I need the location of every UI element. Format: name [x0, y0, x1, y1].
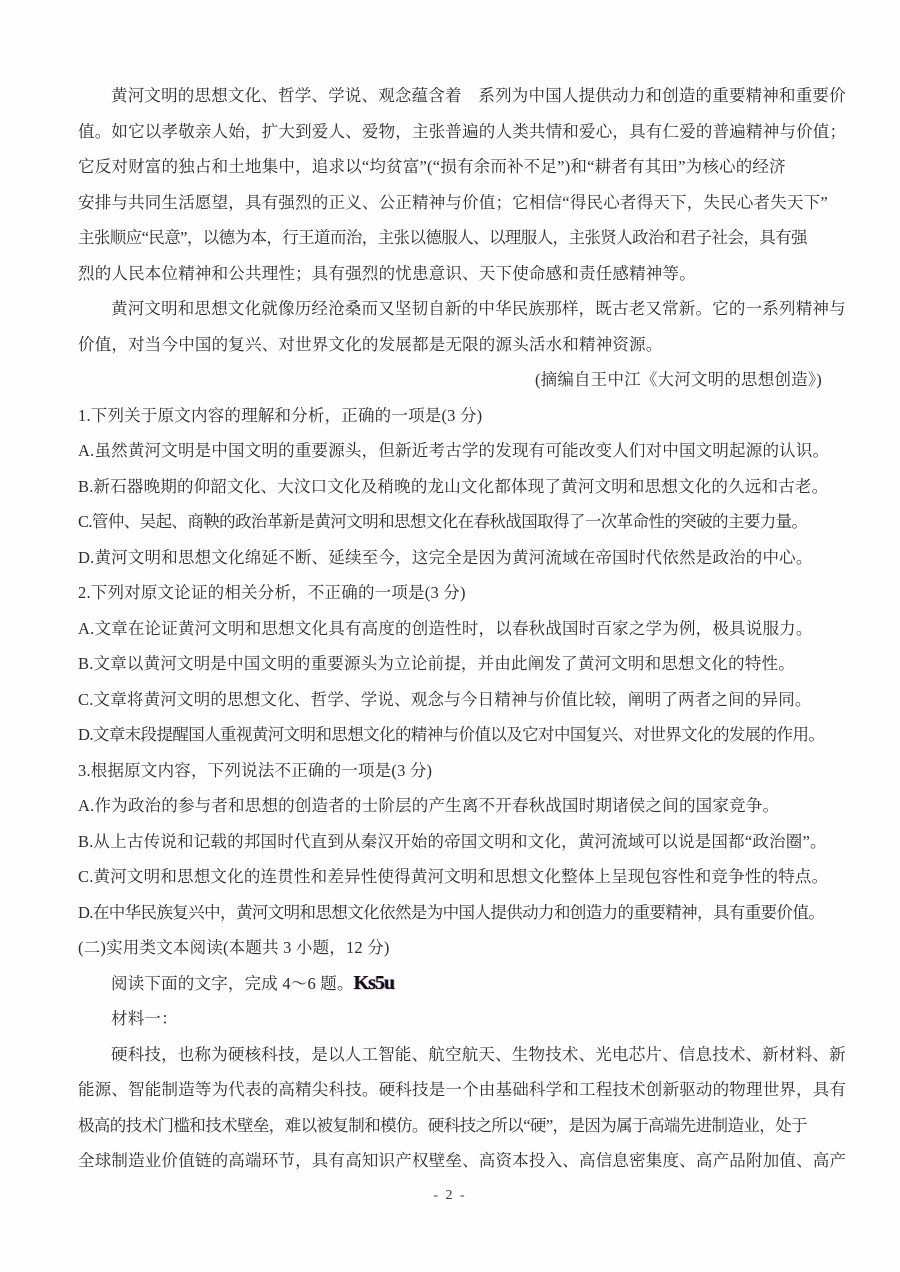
material-1-label: 材料一： [78, 1001, 822, 1037]
question-1-option-a: A.虽然黄河文明是中国文明的重要源头，但新近考古学的发现有可能改变人们对中国文明… [78, 433, 822, 469]
material-line: 极高的技术门槛和技术壁垒，难以被复制和模仿。硬科技之所以“硬”，是因为属于高端先… [78, 1108, 822, 1144]
question-3-option-c: C.黄河文明和思想文化的连贯性和差异性使得黄河文明和思想文化整体上呈现包容性和竞… [78, 859, 822, 895]
passage-line: 烈的人民本位精神和公共理性；具有强烈的忧患意识、天下使命感和责任感精神等。 [78, 256, 822, 292]
instruction-text: 阅读下面的文字，完成 4～6 题。 [111, 974, 354, 993]
passage-line: 值。如它以孝敬亲人始，扩大到爱人、爱物，主张普遍的人类共情和爱心，具有仁爱的普遍… [78, 114, 822, 150]
passage-line: 黄河文明的思想文化、哲学、学说、观念蕴含着 系列为中国人提供动力和创造的重要精神… [78, 78, 822, 114]
material-line: 能源、智能制造等为代表的高精尖科技。硬科技是一个由基础科学和工程技术创新驱动的物… [78, 1072, 822, 1108]
passage-line: 黄河文明和思想文化就像历经沧桑而又坚韧自新的中华民族那样，既古老又常新。它的一系… [78, 291, 822, 327]
question-3-option-a: A.作为政治的参与者和思想的创造者的士阶层的产生离不开春秋战国时期诸侯之间的国家… [78, 788, 822, 824]
passage-line: 安排与共同生活愿望，具有强烈的正义、公正精神与价值；它相信“得民心者得天下，失民… [78, 185, 822, 221]
page-number: - 2 - [0, 1188, 900, 1204]
exam-paper-page: 黄河文明的思想文化、哲学、学说、观念蕴含着 系列为中国人提供动力和创造的重要精神… [0, 0, 900, 1272]
question-1-option-d: D.黄河文明和思想文化绵延不断、延续至今，这完全是因为黄河流域在帝国时代依然是政… [78, 540, 822, 576]
passage-attribution: (摘编自王中江《大河文明的思想创造》) [78, 362, 822, 398]
question-3-option-d: D.在中华民族复兴中，黄河文明和思想文化依然是为中国人提供动力和创造力的重要精神… [78, 895, 822, 931]
question-1-option-b: B.新石器晚期的仰韶文化、大汶口文化及稍晚的龙山文化都体现了黄河文明和思想文化的… [78, 469, 822, 505]
question-2-option-d: D.文章末段提醒国人重视黄河文明和思想文化的精神与价值以及它对中国复兴、对世界文… [78, 717, 822, 753]
material-line: 全球制造业价值链的高端环节，具有高知识产权壁垒、高资本投入、高信息密集度、高产品… [78, 1143, 822, 1179]
passage-line: 主张顺应“民意”，以德为本，行王道而治，主张以德服人、以理服人，主张贤人政治和君… [78, 220, 822, 256]
question-2-option-c: C.文章将黄河文明的思想文化、哲学、学说、观念与今日精神与价值比较，阐明了两者之… [78, 682, 822, 718]
question-3-stem: 3.根据原文内容，下列说法不正确的一项是(3 分) [78, 753, 822, 789]
question-3-option-b: B.从上古传说和记载的邦国时代直到从秦汉开始的帝国文明和文化，黄河流域可以说是国… [78, 824, 822, 860]
question-2-stem: 2.下列对原文论证的相关分析，不正确的一项是(3 分) [78, 575, 822, 611]
section-2-instruction: 阅读下面的文字，完成 4～6 题。Ks5u [78, 966, 822, 1002]
ks5u-watermark: Ks5u [354, 972, 394, 994]
question-2-option-a: A.文章在论证黄河文明和思想文化具有高度的创造性时，以春秋战国时百家之学为例，极… [78, 611, 822, 647]
passage-line: 价值，对当今中国的复兴、对世界文化的发展都是无限的源头活水和精神资源。 [78, 327, 822, 363]
passage-line: 它反对财富的独占和土地集中，追求以“均贫富”(“损有余而补不足”)和“耕者有其田… [78, 149, 822, 185]
page-content: 黄河文明的思想文化、哲学、学说、观念蕴含着 系列为中国人提供动力和创造的重要精神… [78, 78, 822, 1179]
section-2-heading: (二)实用类文本阅读(本题共 3 小题，12 分) [78, 930, 822, 966]
material-line: 硬科技，也称为硬核科技，是以人工智能、航空航天、生物技术、光电芯片、信息技术、新… [78, 1037, 822, 1073]
question-1-option-c: C.管仲、吴起、商鞅的政治革新是黄河文明和思想文化在春秋战国取得了一次革命性的突… [78, 504, 822, 540]
question-1-stem: 1.下列关于原文内容的理解和分析，正确的一项是(3 分) [78, 398, 822, 434]
question-2-option-b: B.文章以黄河文明是中国文明的重要源头为立论前提，并由此阐发了黄河文明和思想文化… [78, 646, 822, 682]
